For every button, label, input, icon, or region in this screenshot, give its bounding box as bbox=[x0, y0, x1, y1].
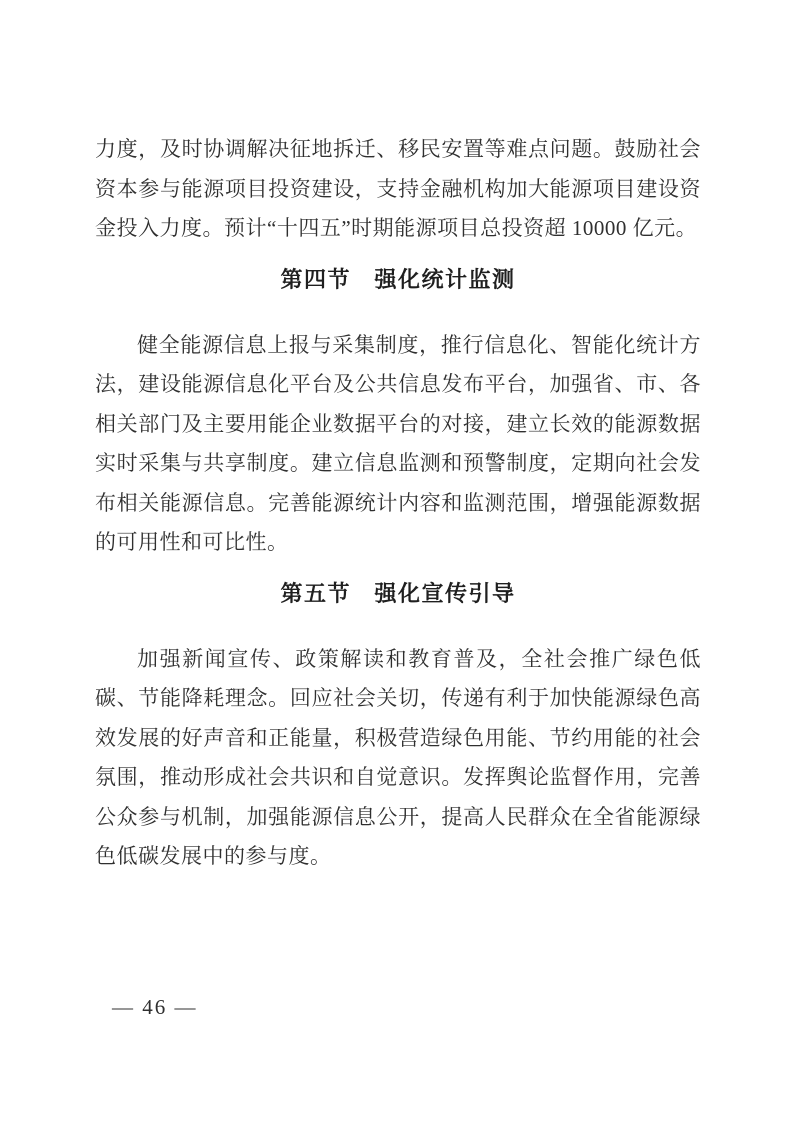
paragraph-statistics-monitoring: 健全能源信息上报与采集制度，推行信息化、智能化统计方法，建设能源信息化平台及公共… bbox=[95, 326, 701, 563]
paragraph-investment-continuation: 力度，及时协调解决征地拆迁、移民安置等难点问题。鼓励社会资本参与能源项目投资建设… bbox=[95, 130, 701, 249]
section-heading-statistics-monitoring: 第四节 强化统计监测 bbox=[95, 265, 701, 295]
document-body: 力度，及时协调解决征地拆迁、移民安置等难点问题。鼓励社会资本参与能源项目投资建设… bbox=[95, 130, 701, 877]
page-number: — 46 — bbox=[112, 995, 198, 1020]
section-heading-publicity-guidance: 第五节 强化宣传引导 bbox=[95, 579, 701, 609]
paragraph-publicity-guidance: 加强新闻宣传、政策解读和教育普及，全社会推广绿色低碳、节能降耗理念。回应社会关切… bbox=[95, 640, 701, 877]
document-page: 力度，及时协调解决征地拆迁、移民安置等难点问题。鼓励社会资本参与能源项目投资建设… bbox=[0, 0, 794, 1123]
